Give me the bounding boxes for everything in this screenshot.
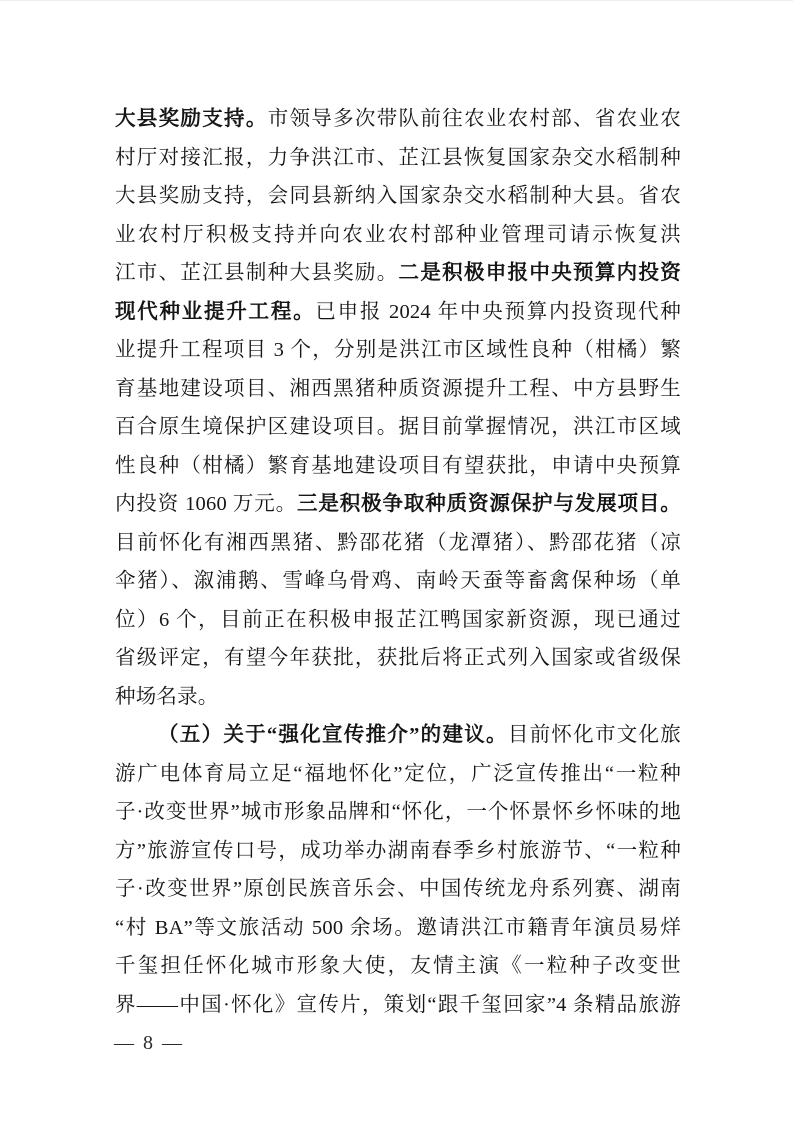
text-line: 育基地建设项目、湘西黑猪种质资源提升工程、中方县野生 — [115, 370, 681, 409]
text-segment: 目前怀化市文化旅 — [508, 724, 681, 746]
text-line: 伞猪）、溆浦鹅、雪峰乌骨鸡、南岭天蚕等畜禽保种场（单 — [115, 562, 681, 601]
text-line: 种场名录。 — [115, 678, 681, 717]
text-segment: “村 BA”等文旅活动 500 余场。邀请洪江市籍青年演员易烊 — [115, 917, 681, 939]
text-segment: 伞猪）、溆浦鹅、雪峰乌骨鸡、南岭天蚕等畜禽保种场（单 — [115, 570, 681, 592]
text-segment: 百合原生境保护区建设项目。据目前掌握情况，洪江市区域 — [115, 416, 681, 438]
text-line: 方”旅游宣传口号，成功举办湖南春季乡村旅游节、“一粒种 — [115, 832, 681, 871]
text-segment: 性良种（柑橘）繁育基地建设项目有望获批，申请中央预算 — [115, 455, 681, 477]
text-segment: 方”旅游宣传口号，成功举办湖南春季乡村旅游节、“一粒种 — [115, 840, 681, 862]
text-segment: 位）6 个，目前正在积极申报芷江鸭国家新资源，现已通过 — [115, 609, 681, 631]
text-line: 千玺担任怀化城市形象大使，友情主演《一粒种子改变世 — [115, 947, 681, 986]
text-segment: 业农村厅积极支持并向农业农村部种业管理司请示恢复洪 — [115, 224, 681, 246]
bold-text-segment: （五）关于“强化宣传推介”的建议。 — [158, 724, 508, 746]
text-line: 性良种（柑橘）繁育基地建设项目有望获批，申请中央预算 — [115, 447, 681, 486]
text-segment: 种场名录。 — [115, 686, 219, 708]
text-line: （五）关于“强化宣传推介”的建议。目前怀化市文化旅 — [115, 716, 681, 755]
bold-text-segment: 大县奖励支持。 — [115, 108, 268, 130]
text-line: 业提升工程项目 3 个，分别是洪江市区域性良种（柑橘）繁 — [115, 331, 681, 370]
text-line: 内投资 1060 万元。三是积极争取种质资源保护与发展项目。 — [115, 485, 681, 524]
text-segment: 省级评定，有望今年获批，获批后将正式列入国家或省级保 — [115, 647, 681, 669]
text-segment: 大县奖励支持，会同县新纳入国家杂交水稻制种大县。省农 — [115, 185, 681, 207]
text-segment: 目前怀化有湘西黑猪、黔邵花猪（龙潭猪）、黔邵花猪（凉 — [115, 532, 681, 554]
text-line: 村厅对接汇报，力争洪江市、芷江县恢复国家杂交水稻制种 — [115, 139, 681, 178]
text-line: 子·改变世界”原创民族音乐会、中国传统龙舟系列赛、湖南 — [115, 870, 681, 909]
text-segment: 内投资 1060 万元。 — [115, 493, 297, 515]
text-line: 游广电体育局立足“福地怀化”定位，广泛宣传推出“一粒种 — [115, 755, 681, 794]
text-line: 大县奖励支持。市领导多次带队前往农业农村部、省农业农 — [115, 100, 681, 139]
page-number: — 8 — — [114, 1032, 184, 1054]
text-segment: 江市、芷江县制种大县奖励。 — [115, 262, 399, 284]
bold-text-segment: 现代种业提升工程。 — [115, 301, 315, 323]
text-line: 目前怀化有湘西黑猪、黔邵花猪（龙潭猪）、黔邵花猪（凉 — [115, 524, 681, 563]
text-line: 江市、芷江县制种大县奖励。二是积极申报中央预算内投资 — [115, 254, 681, 293]
text-segment: 子·改变世界”城市形象品牌和“怀化，一个怀景怀乡怀味的地 — [115, 801, 681, 823]
text-segment: 游广电体育局立足“福地怀化”定位，广泛宣传推出“一粒种 — [115, 763, 681, 785]
text-line: 百合原生境保护区建设项目。据目前掌握情况，洪江市区域 — [115, 408, 681, 447]
text-line: 界——中国·怀化》宣传片，策划“跟千玺回家”4 条精品旅游 — [115, 986, 681, 1025]
text-line: 大县奖励支持，会同县新纳入国家杂交水稻制种大县。省农 — [115, 177, 681, 216]
bold-text-segment: 三是积极争取种质资源保护与发展项目。 — [297, 493, 681, 515]
text-segment: 子·改变世界”原创民族音乐会、中国传统龙舟系列赛、湖南 — [115, 878, 681, 900]
text-line: “村 BA”等文旅活动 500 余场。邀请洪江市籍青年演员易烊 — [115, 909, 681, 948]
text-segment: 村厅对接汇报，力争洪江市、芷江县恢复国家杂交水稻制种 — [115, 147, 681, 169]
document-content: 大县奖励支持。市领导多次带队前往农业农村部、省农业农村厅对接汇报，力争洪江市、芷… — [115, 100, 681, 1024]
bold-text-segment: 二是积极申报中央预算内投资 — [399, 262, 681, 284]
text-line: 现代种业提升工程。已申报 2024 年中央预算内投资现代种 — [115, 293, 681, 332]
text-line: 子·改变世界”城市形象品牌和“怀化，一个怀景怀乡怀味的地 — [115, 793, 681, 832]
text-line: 业农村厅积极支持并向农业农村部种业管理司请示恢复洪 — [115, 216, 681, 255]
text-segment: 业提升工程项目 3 个，分别是洪江市区域性良种（柑橘）繁 — [115, 339, 681, 361]
text-segment: 已申报 2024 年中央预算内投资现代种 — [315, 301, 681, 323]
text-segment: 千玺担任怀化城市形象大使，友情主演《一粒种子改变世 — [115, 955, 681, 977]
text-segment: 育基地建设项目、湘西黑猪种质资源提升工程、中方县野生 — [115, 378, 681, 400]
text-line: 位）6 个，目前正在积极申报芷江鸭国家新资源，现已通过 — [115, 601, 681, 640]
text-segment: 界——中国·怀化》宣传片，策划“跟千玺回家”4 条精品旅游 — [115, 994, 681, 1016]
document-page: 大县奖励支持。市领导多次带队前往农业农村部、省农业农村厅对接汇报，力争洪江市、芷… — [0, 0, 793, 1122]
text-segment: 市领导多次带队前往农业农村部、省农业农 — [268, 108, 681, 130]
text-line: 省级评定，有望今年获批，获批后将正式列入国家或省级保 — [115, 639, 681, 678]
page-number-footer: — 8 — — [114, 1029, 184, 1057]
